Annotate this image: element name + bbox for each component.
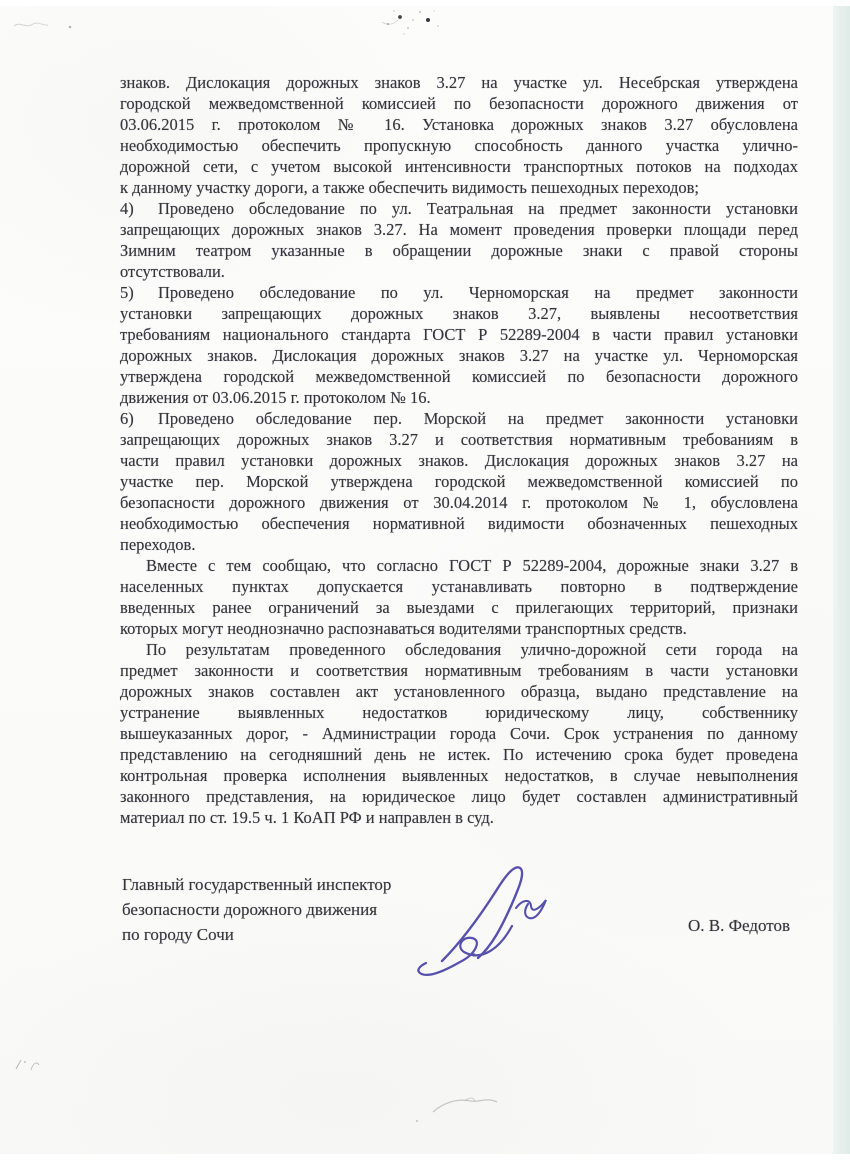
scanned-document-page: { "colors": { "ink": "#35353d", "signatu…	[0, 0, 850, 1168]
document-line: законного представления, на юридическое …	[120, 786, 798, 807]
document-line: установки запрещающих дорожных знаков 3.…	[120, 303, 798, 324]
document-line: По результатам проведенного обследования…	[120, 639, 798, 660]
document-line: населенных пунктах допускается устанавли…	[120, 576, 798, 597]
document-line: необходимостью обеспечения нормативной в…	[120, 513, 798, 534]
scanner-edge-shadow	[833, 6, 850, 1154]
document-line: дорожных знаков составлен акт установлен…	[120, 681, 798, 702]
document-line: предмет законности и соответствия нормат…	[120, 660, 798, 681]
document-line: движения от 03.06.2015 г. протоколом № 1…	[120, 387, 798, 408]
document-body: знаков. Дислокация дорожных знаков 3.27 …	[120, 72, 798, 828]
pencil-squiggle-bottom-center	[405, 1088, 515, 1128]
document-line: вышеуказанных дорог, - Администрации гор…	[120, 723, 798, 744]
document-line: 6)Проведено обследование пер. Морской на…	[120, 408, 798, 429]
pencil-mark-bottom-left	[8, 1055, 58, 1085]
document-line: материал по ст. 19.5 ч. 1 КоАП РФ и напр…	[120, 807, 798, 828]
ink-speck-cluster	[368, 4, 460, 38]
document-line: необходимостью обеспечить пропускную спо…	[120, 135, 798, 156]
list-number: 6)	[120, 408, 158, 429]
signature-title-block: Главный государственный инспектор безопа…	[122, 872, 391, 947]
document-line: устранение выявленных недостатков юридич…	[120, 702, 798, 723]
document-line: городской межведомственной комиссией по …	[120, 93, 798, 114]
document-line: отсутствовали.	[120, 261, 798, 282]
document-line: дорожной сети, с учетом высокой интенсив…	[120, 156, 798, 177]
document-line: запрещающих дорожных знаков 3.27 и соотв…	[120, 429, 798, 450]
document-line: 03.06.2015 г. протоколом № 16. Установка…	[120, 114, 798, 135]
document-line: утверждена городской межведомственной ко…	[120, 366, 798, 387]
signer-title-line: по городу Сочи	[122, 922, 391, 947]
document-line: запрещающих дорожных знаков 3.27. На мом…	[120, 219, 798, 240]
list-number: 5)	[120, 282, 158, 303]
signer-title-line: безопасности дорожного движения	[122, 897, 391, 922]
pencil-smudge-top-left	[8, 16, 128, 38]
list-number: 4)	[120, 198, 158, 219]
signer-title-line: Главный государственный инспектор	[122, 872, 391, 897]
document-line: введенных ранее ограничений за выездами …	[120, 597, 798, 618]
document-line: Зимним театром указанные в обращении дор…	[120, 240, 798, 261]
signer-name: О. В. Федотов	[658, 916, 790, 936]
document-line: переходов.	[120, 534, 798, 555]
handwritten-signature	[412, 856, 562, 984]
document-line: которых могут неоднозначно распознаватьс…	[120, 618, 798, 639]
document-line: представлению на сегодняшний день не ист…	[120, 744, 798, 765]
document-line: к данному участку дороги, а также обеспе…	[120, 177, 798, 198]
document-line: контрольная проверка исполнения выявленн…	[120, 765, 798, 786]
document-line: требованиям национального стандарта ГОСТ…	[120, 324, 798, 345]
document-line: 5)Проведено обследование по ул. Черномор…	[120, 282, 798, 303]
document-line: безопасности дорожного движения от 30.04…	[120, 492, 798, 513]
document-line: 4)Проведено обследование по ул. Театраль…	[120, 198, 798, 219]
document-line: знаков. Дислокация дорожных знаков 3.27 …	[120, 72, 798, 93]
document-line: дорожных знаков. Дислокация дорожных зна…	[120, 345, 798, 366]
document-line: Вместе с тем сообщаю, что согласно ГОСТ …	[120, 555, 798, 576]
document-line: части правил установки дорожных знаков. …	[120, 450, 798, 471]
document-line: участке пер. Морской утверждена городско…	[120, 471, 798, 492]
